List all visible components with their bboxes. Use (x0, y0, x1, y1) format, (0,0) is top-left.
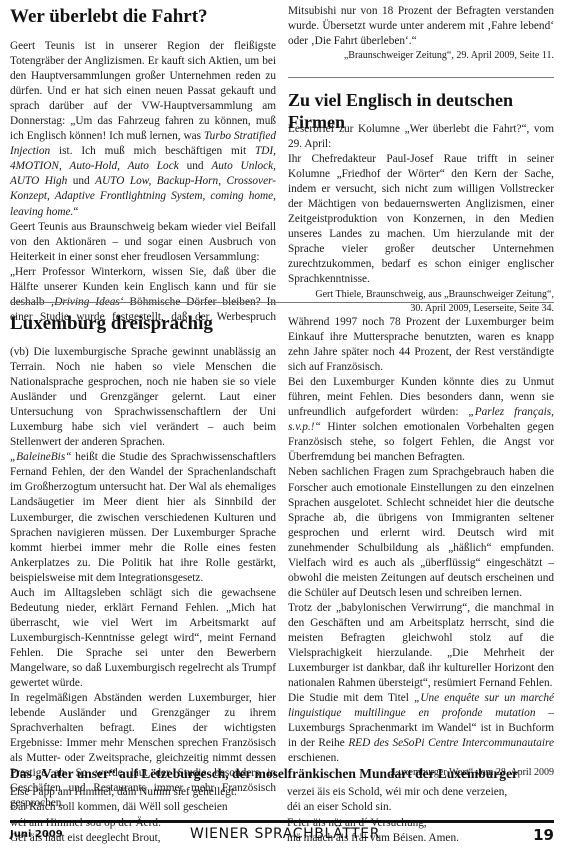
poem-line: verzei äis eis Schold, wéi mir och dene … (287, 785, 557, 800)
article-title-vater-unser: Das „Vater unser“ auf Lëtzeburgesch, der… (10, 766, 518, 782)
source-citation: „Braunschweiger Zeitung“, 29. April 2009… (288, 49, 554, 63)
paragraph: Bei den Luxemburger Kunden könnte dies z… (288, 375, 554, 465)
article-body-wer-ueberlebt-left: Geert Teunis ist in unserer Region der f… (10, 39, 276, 325)
article-body-luxemburg-left: (vb) Die luxemburgische Sprache gewinnt … (10, 345, 276, 811)
paragraph: Geert Teunis aus Braunschweig bekam wied… (10, 220, 276, 265)
footer-rule (10, 820, 554, 823)
source-citation: 30. April 2009, Leserseite, Seite 34. (288, 302, 554, 316)
footer-date: Juni 2009 (10, 829, 63, 840)
article-body-wer-ueberlebt-right: Mitsubishi nur von 18 Prozent der Befrag… (288, 4, 554, 63)
paragraph: Auch im Alltagsleben schlägt sich die ge… (10, 586, 276, 691)
paragraph: Trotz der „babylonischen Verwirrung“, di… (288, 601, 554, 691)
section-divider (10, 302, 554, 303)
paragraph: Neben sachlichen Fragen zum Sprachgebrau… (288, 465, 554, 600)
article-body-zu-viel-englisch: Leserbrief zur Kolumne „Wer überlebt die… (288, 122, 554, 316)
paragraph: Die Studie mit dem Titel „Une enquête su… (288, 691, 554, 766)
article-body-luxemburg-right: Während 1997 noch 78 Prozent der Luxembu… (288, 315, 554, 780)
paragraph: Leserbrief zur Kolumne „Wer überlebt die… (288, 122, 554, 152)
poem-line: déi an eiser Schold sin. (287, 800, 557, 815)
paragraph: „BaleineBis“ heißt die Studie des Sprach… (10, 450, 276, 585)
poem-line: Däi Räich soll kommen, däi Wëll soll ges… (10, 800, 280, 815)
poem-line: Eise Papp am Himmel, däin Numm sief gehe… (10, 785, 280, 800)
paragraph: (vb) Die luxemburgische Sprache gewinnt … (10, 345, 276, 450)
article-title-wer-ueberlebt: Wer überlebt die Fahrt? (10, 6, 208, 28)
page-footer: Juni 2009 WIENER SPRACHBLÄTTER 19 (10, 826, 554, 846)
article-title-luxemburg: Luxemburg dreisprachig (10, 313, 213, 335)
paragraph: Geert Teunis ist in unserer Region der f… (10, 39, 276, 220)
source-citation: Gert Thiele, Braunschweig, aus „Braunsch… (288, 288, 554, 302)
paragraph: Ihr Chefredakteur Paul-Josef Raue trifft… (288, 152, 554, 287)
paragraph: Während 1997 noch 78 Prozent der Luxembu… (288, 315, 554, 375)
paragraph-quote-continued: Mitsubishi nur von 18 Prozent der Befrag… (288, 4, 554, 49)
divider (288, 77, 554, 78)
footer-publication-name: WIENER SPRACHBLÄTTER (190, 826, 380, 842)
footer-page-number: 19 (533, 826, 554, 844)
